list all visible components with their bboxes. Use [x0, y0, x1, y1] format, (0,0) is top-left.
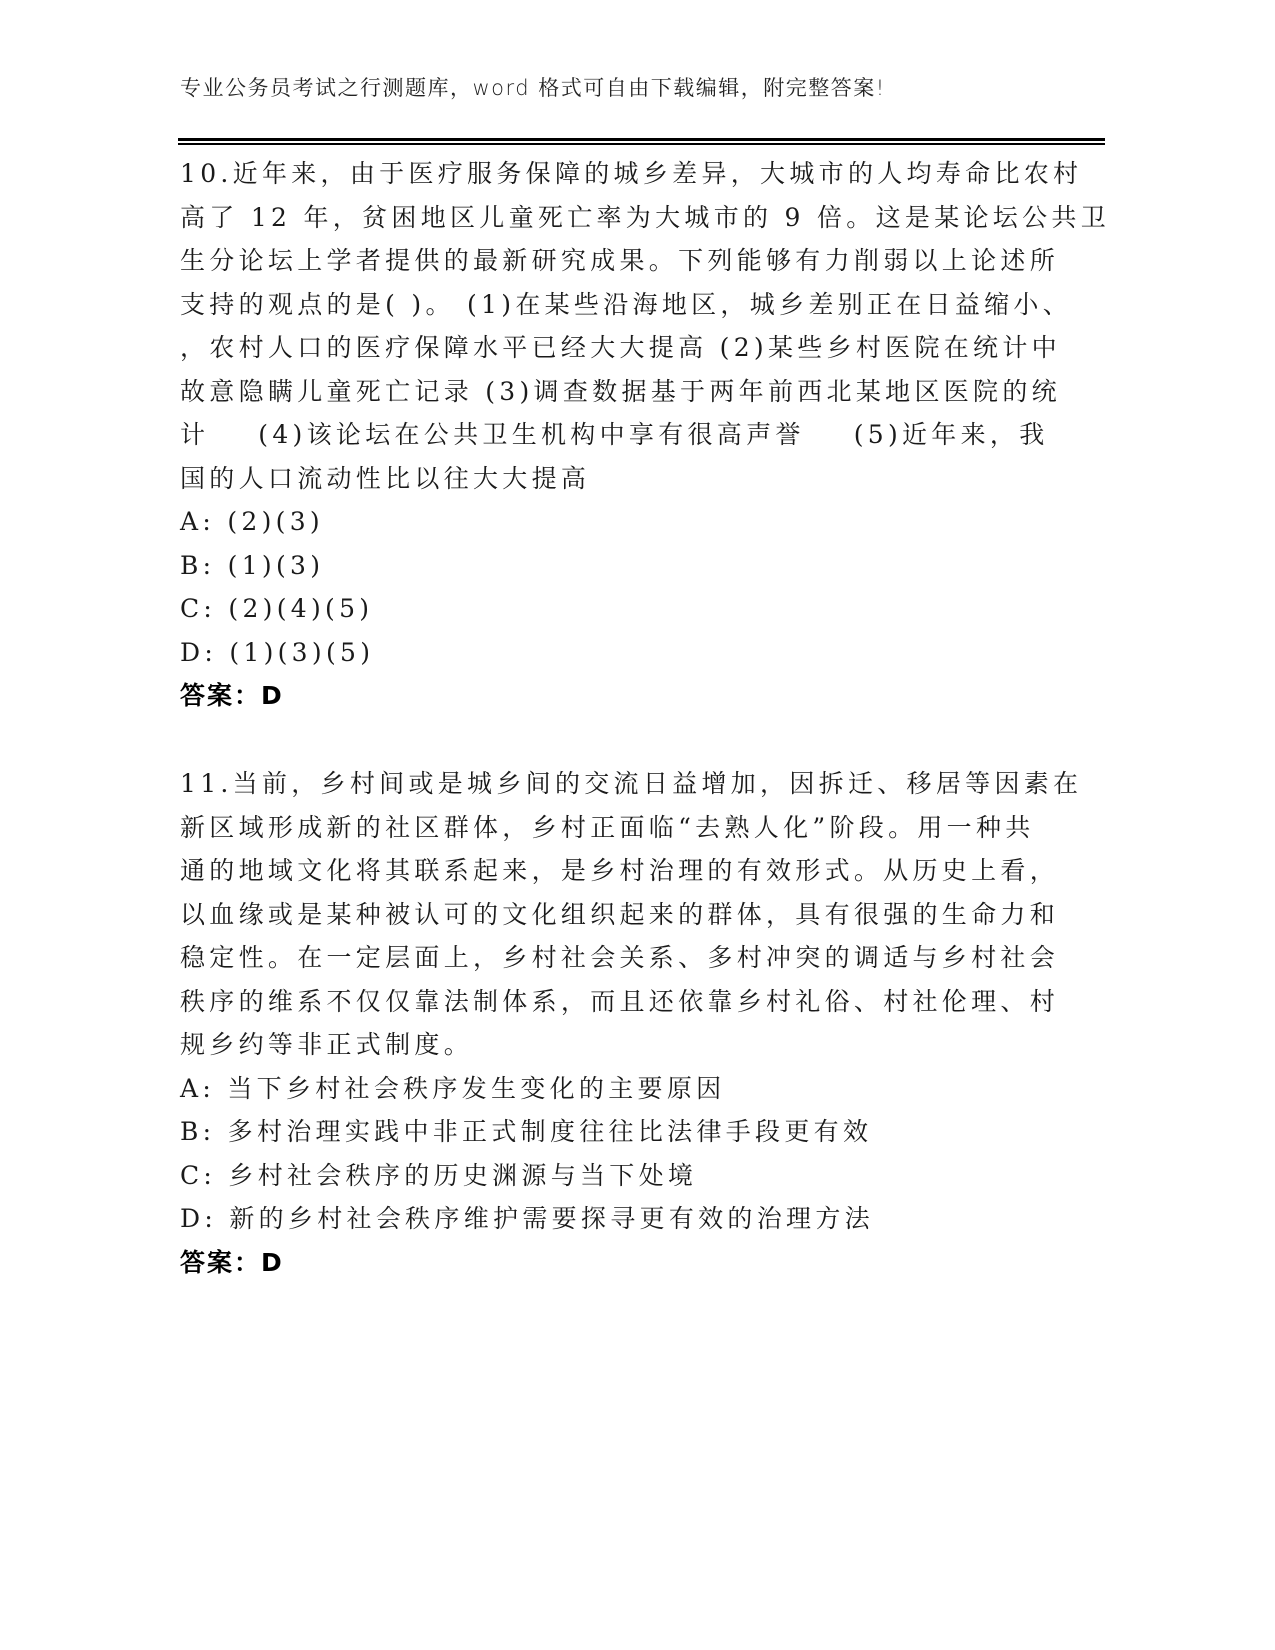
question-10: 10.近年来，由于医疗服务保障的城乡差异，大城市的人均寿命比农村 高了 12 年…	[180, 152, 1040, 718]
question-11: 11.当前，乡村间或是城乡间的交流日益增加，因拆迁、移居等因素在 新区域形成新的…	[180, 762, 1040, 1284]
option-d: D: 新的乡村社会秩序维护需要探寻更有效的治理方法	[180, 1197, 1040, 1241]
option-c: C: 乡村社会秩序的历史渊源与当下处境	[180, 1154, 1040, 1198]
question-stem-line: 以血缘或是某种被认可的文化组织起来的群体，具有很强的生命力和	[180, 893, 1040, 937]
page-header-text: 专业公务员考试之行测题库，word 格式可自由下载编辑，附完整答案!	[180, 72, 886, 104]
question-stem-line: ，农村人口的医疗保障水平已经大大提高 (2)某些乡村医院在统计中	[180, 326, 1040, 370]
header-double-rule	[178, 138, 1105, 146]
question-stem-line: 新区域形成新的社区群体，乡村正面临“去熟人化”阶段。用一种共	[180, 806, 1040, 850]
question-stem-line: 稳定性。在一定层面上，乡村社会关系、多村冲突的调适与乡村社会	[180, 936, 1040, 980]
option-b: B: 多村治理实践中非正式制度往往比法律手段更有效	[180, 1110, 1040, 1154]
question-stem-line: 秩序的维系不仅仅靠法制体系，而且还依靠乡村礼俗、村社伦理、村	[180, 980, 1040, 1024]
answer-line: 答案：D	[180, 674, 1040, 718]
question-stem-line: 规乡约等非正式制度。	[180, 1023, 1040, 1067]
question-stem-line: 故意隐瞒儿童死亡记录 (3)调查数据基于两年前西北某地区医院的统	[180, 370, 1040, 414]
option-c: C: (2)(4)(5)	[180, 587, 1040, 631]
header-rule-thick	[178, 138, 1105, 141]
option-b: B: (1)(3)	[180, 544, 1040, 588]
question-stem-line: 11.当前，乡村间或是城乡间的交流日益增加，因拆迁、移居等因素在	[180, 762, 1040, 806]
question-stem-line: 计 (4)该论坛在公共卫生机构中享有很高声誉 (5)近年来，我	[180, 413, 1040, 457]
question-stem-line: 支持的观点的是( )。 (1)在某些沿海地区，城乡差别正在日益缩小、	[180, 283, 1040, 327]
question-stem-line: 高了 12 年，贫困地区儿童死亡率为大城市的 9 倍。这是某论坛公共卫	[180, 196, 1040, 240]
question-stem-line: 生分论坛上学者提供的最新研究成果。下列能够有力削弱以上论述所	[180, 239, 1040, 283]
answer-line: 答案：D	[180, 1241, 1040, 1285]
header-rule-thin	[178, 143, 1105, 145]
question-stem-line: 10.近年来，由于医疗服务保障的城乡差异，大城市的人均寿命比农村	[180, 152, 1040, 196]
question-stem-line: 通的地域文化将其联系起来，是乡村治理的有效形式。从历史上看，	[180, 849, 1040, 893]
option-a: A: (2)(3)	[180, 500, 1040, 544]
option-d: D: (1)(3)(5)	[180, 631, 1040, 675]
option-a: A: 当下乡村社会秩序发生变化的主要原因	[180, 1067, 1040, 1111]
question-stem-line: 国的人口流动性比以往大大提高	[180, 457, 1040, 501]
